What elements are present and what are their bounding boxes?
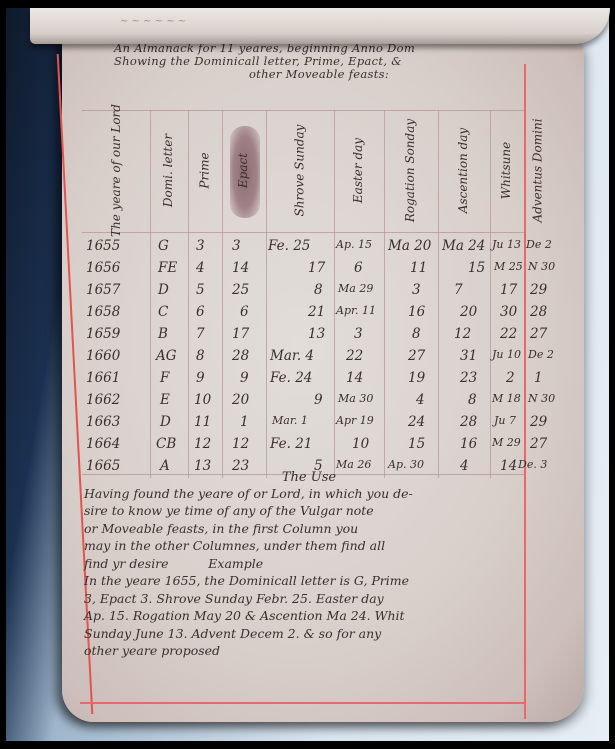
almanac-table: The yeare of our Lord Domi. letter Prime… — [82, 110, 524, 478]
table-row: 1655 G 3 3 Fe. 25 Ap. 15 Ma 20 Ma 24 Ju … — [82, 238, 524, 258]
header-prime: Prime — [188, 110, 222, 230]
header-rogation-sunday: Rogation Sonday — [384, 110, 438, 230]
header-dominical-letter: Domi. letter — [150, 110, 188, 230]
header-epact: Epact — [222, 110, 266, 230]
header-shrove-sunday: Shrove Sunday — [266, 110, 334, 230]
use-line: Having found the yeare of or Lord, in wh… — [84, 485, 534, 503]
almanac-page: An Almanack for 11 yeares, beginning Ann… — [62, 34, 584, 722]
grid-line — [82, 232, 524, 233]
table-row: 1664 CB 12 12 Fe. 21 10 15 16 M 29 27 — [82, 436, 524, 456]
title-line-2: Showing the Dominicall letter, Prime, Ep… — [114, 54, 402, 68]
table-row: 1663 D 11 1 Mar. 1 Apr 19 24 28 Ju 7 29 — [82, 414, 524, 434]
table-row: 1661 F 9 9 Fe. 24 14 19 23 2 1 — [82, 370, 524, 390]
page-title: An Almanack for 11 yeares, beginning Ann… — [114, 42, 564, 81]
example-line: Ap. 15. Rogation May 20 & Ascention Ma 2… — [84, 607, 534, 625]
table-row: 1657 D 5 25 8 Ma 29 3 7 17 29 — [82, 282, 524, 302]
previous-page-edge: ~ ~ ~ ~ ~ ~ — [30, 8, 610, 44]
example-label: Example — [208, 556, 263, 571]
table-row: 1660 AG 8 28 Mar. 4 22 27 31 Ju 10 De 2 — [82, 348, 524, 368]
title-line-3: other Moveable feasts: — [114, 68, 564, 81]
header-advent: Adventus Domini — [518, 110, 558, 230]
table-row: 1656 FE 4 14 17 6 11 15 M 25 N 30 — [82, 260, 524, 280]
table-row: 1659 B 7 17 13 3 8 12 22 27 — [82, 326, 524, 346]
header-year: The yeare of our Lord — [82, 110, 150, 230]
example-line: Sunday June 13. Advent Decem 2. & so for… — [84, 625, 534, 643]
header-ascension-day: Ascention day — [438, 110, 490, 230]
header-easter-day: Easter day — [334, 110, 384, 230]
table-row: 1662 E 10 20 9 Ma 30 4 8 M 18 N 30 — [82, 392, 524, 412]
use-line: sire to know ye time of any of the Vulga… — [84, 502, 534, 520]
use-line: find yr desire Example — [84, 555, 534, 573]
red-margin-rule-bottom — [80, 702, 526, 704]
use-line: may in the other Columnes, under them fi… — [84, 537, 534, 555]
example-line: other yeare proposed — [84, 642, 534, 660]
example-line: 3, Epact 3. Shrove Sunday Febr. 25. East… — [84, 590, 534, 608]
example-line: In the yeare 1655, the Dominicall letter… — [84, 572, 534, 590]
use-instructions: The Use Having found the yeare of or Lor… — [84, 469, 534, 660]
table-row: 1658 C 6 6 21 Apr. 11 16 20 30 28 — [82, 304, 524, 324]
bleed-through-text: ~ ~ ~ ~ ~ ~ — [120, 16, 186, 27]
use-line: or Moveable feasts, in the first Column … — [84, 520, 534, 538]
